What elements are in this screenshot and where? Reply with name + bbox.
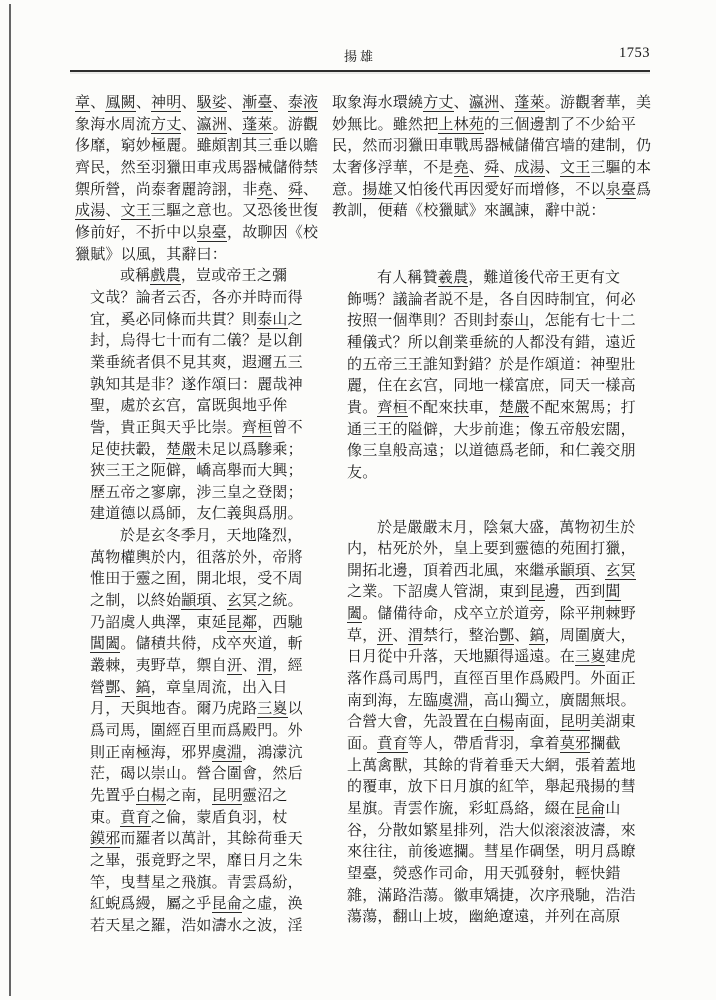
text-line: 的覆車，放下日月旗的紅竿，舉起飛揚的彗 bbox=[332, 777, 654, 799]
proper-name-mark: 昆侖 bbox=[212, 896, 242, 913]
text-line: 日月從中升落，天地顯得遥遠。在三嵏建虎 bbox=[332, 647, 654, 669]
scan-edge-artifact bbox=[9, 4, 11, 996]
text-line: 通三王的隘僻，大步前進；像五帝般宏闊， bbox=[332, 420, 654, 442]
proper-name-mark: 蓬萊 bbox=[514, 95, 544, 112]
text-line: 東。賁育之倫，蒙盾負羽，杖 bbox=[75, 808, 323, 830]
proper-name-mark: 楚嚴 bbox=[499, 400, 529, 417]
text-line: 之制，以終始顓頊、玄冥之統。 bbox=[75, 591, 323, 613]
proper-name-mark: 酆 bbox=[105, 680, 120, 697]
text-line: 營酆、鎬，章皇周流，出入日 bbox=[75, 678, 323, 700]
text-line: 谷，分散如繁星排列，浩大似滚滚波濤，來 bbox=[332, 821, 654, 843]
proper-name-mark: 泰液 bbox=[288, 95, 318, 112]
text-line: 蕩蕩，翻山上坡，幽絶遼遠，并列在高原 bbox=[332, 907, 654, 929]
text-line: 業垂統者俱不見其爽，遐邇五三 bbox=[75, 353, 323, 375]
text-line: 齊民，然至羽獵田車戎馬器械儲偫禁 bbox=[75, 158, 323, 180]
text-line: 草，汧、渭禁行，整治酆、鎬，周圍廣大， bbox=[332, 626, 654, 648]
text-line: 月，天與地杳。爾乃虎路三嵏以 bbox=[75, 699, 323, 721]
text-line: 足使扶轂，楚嚴未足以爲驂乘； bbox=[75, 440, 323, 462]
proper-name-mark: 泉臺 bbox=[197, 225, 227, 242]
proper-name-mark: 戲農 bbox=[150, 268, 180, 285]
proper-name-mark: 昆 bbox=[529, 584, 544, 601]
text-line: 獵賦》以風，其辭曰： bbox=[75, 245, 323, 267]
proper-name-mark: 方丈 bbox=[151, 117, 181, 134]
text-line: 望臺，熒惑作司命，用天弧發射，輕快錯 bbox=[332, 864, 654, 886]
text-line: 南到海，左臨虞淵，高山獨立，廣闊無垠。 bbox=[332, 691, 654, 713]
proper-name-mark: 泉臺 bbox=[606, 182, 636, 199]
proper-name-mark: 方丈 bbox=[423, 95, 453, 112]
text-line: 取象海水環繞方丈、瀛洲、蓬萊。游觀奢華，美 bbox=[332, 93, 654, 115]
text-line: 麗，住在玄宫，同地一樣富庶，同天一樣高 bbox=[332, 376, 654, 398]
text-line: 雜，滿路浩蕩。徽車矯捷，次序飛馳，浩浩 bbox=[332, 886, 654, 908]
text-line: 若天星之羅，浩如濤水之波，淫 bbox=[75, 916, 323, 938]
text-line: 閶闔。儲積共偫，戍卒夾道，斬 bbox=[75, 634, 323, 656]
right-text-column: 取象海水環繞方丈、瀛洲、蓬萊。游觀奢華，美妙無比。雖然把上林苑的三個邊割了不少給… bbox=[332, 93, 654, 929]
text-line: 於是嚴嚴末月，陰氣大盛，萬物初生於 bbox=[332, 518, 654, 540]
proper-name-mark: 上林苑 bbox=[438, 117, 484, 134]
proper-name-mark: 汧 bbox=[227, 658, 242, 675]
text-line: 狹三王之阨僻，嶠高舉而大興； bbox=[75, 461, 323, 483]
text-line: 建道德以爲師，友仁義與爲朋。 bbox=[75, 504, 323, 526]
text-line: 文哉？論者云否，各亦并時而得 bbox=[75, 288, 323, 310]
left-text-column: 章、鳳闕、神明、馺娑、漸臺、泰液象海水周流方丈、瀛洲、蓬萊。游觀侈靡，窮妙極麗。… bbox=[75, 93, 323, 938]
text-line: 有人稱贊羲農，難道後代帝王更有文 bbox=[332, 268, 654, 290]
text-line: 内，枯死於外，皇上要到靈德的苑囿打獵， bbox=[332, 539, 654, 561]
proper-name-mark: 鏌邪 bbox=[90, 831, 120, 848]
proper-name-mark: 顓頊 bbox=[181, 593, 211, 610]
proper-name-mark: 閶闔 bbox=[90, 636, 120, 653]
proper-name-mark: 成湯 bbox=[514, 160, 544, 177]
text-line: 合營大會，先設置在白楊南面，昆明美湖東 bbox=[332, 712, 654, 734]
proper-name-mark: 昆鄰 bbox=[227, 615, 257, 632]
text-line: 章、鳳闕、神明、馺娑、漸臺、泰液 bbox=[75, 93, 323, 115]
proper-name-mark: 鳳闕 bbox=[105, 95, 135, 112]
text-line: 教訓，便藉《校獵賦》來諷諫，辭中説： bbox=[332, 201, 654, 223]
proper-name-mark: 昆明 bbox=[560, 714, 590, 731]
proper-name-mark: 楚嚴 bbox=[166, 442, 196, 459]
proper-name-mark: 堯 bbox=[257, 182, 272, 199]
proper-name-mark: 瀛洲 bbox=[469, 95, 499, 112]
text-line: 先置乎白楊之南，昆明靈沼之 bbox=[75, 786, 323, 808]
text-line: 茫，碣以崇山。營合圍會，然后 bbox=[75, 764, 323, 786]
text-line: 孰知其是非？遂作頌曰：麗哉神 bbox=[75, 375, 323, 397]
text-line: 禦所營，尚泰奢麗誇詡，非堯、舜、 bbox=[75, 180, 323, 202]
proper-name-mark: 三嵏 bbox=[575, 649, 605, 666]
proper-name-mark: 渭 bbox=[257, 658, 272, 675]
proper-name-mark: 舜 bbox=[288, 182, 303, 199]
proper-name-mark: 白楊 bbox=[136, 788, 166, 805]
proper-name-mark: 昆侖 bbox=[575, 801, 605, 818]
text-line: 友。 bbox=[332, 463, 654, 485]
proper-name-mark: 文王 bbox=[560, 160, 590, 177]
proper-name-mark: 玄冥 bbox=[227, 593, 257, 610]
proper-name-mark: 顓頊 bbox=[560, 563, 590, 580]
proper-name-mark: 神明 bbox=[151, 95, 181, 112]
text-line: 開拓北邊，頂着西北風，來繼承顓頊、玄冥 bbox=[332, 561, 654, 583]
proper-name-mark: 羲農 bbox=[438, 270, 468, 287]
proper-name-mark: 闔 bbox=[347, 606, 362, 623]
proper-name-mark: 成湯 bbox=[75, 203, 105, 220]
header-rule bbox=[70, 70, 650, 72]
text-line: 象海水周流方丈、瀛洲、蓬萊。游觀 bbox=[75, 115, 323, 137]
proper-name-mark: 閶 bbox=[605, 584, 620, 601]
proper-name-mark: 莫邪 bbox=[560, 736, 590, 753]
text-line: 修前好，不折中以泉臺，故聊因《校 bbox=[75, 223, 323, 245]
text-line: 則正南極海，邪界虞淵，鴻濛沆 bbox=[75, 743, 323, 765]
text-line: 來往往，前後遮攔。彗星作碉堡，明月爲瞭 bbox=[332, 842, 654, 864]
text-line: 侈靡，窮妙極麗。雖頗割其三垂以贍 bbox=[75, 136, 323, 158]
text-line: 面。賁育等人，帶盾背羽，拿着莫邪攔截 bbox=[332, 734, 654, 756]
proper-name-mark: 舜 bbox=[484, 160, 499, 177]
proper-name-mark: 昆明 bbox=[212, 788, 242, 805]
text-line: 妙無比。雖然把上林苑的三個邊割了不少給平 bbox=[332, 115, 654, 137]
proper-name-mark: 瀛洲 bbox=[197, 117, 227, 134]
text-line: 按照一個準則？否則封泰山，怎能有七十二 bbox=[332, 311, 654, 333]
text-line: 之畢，張竟野之罘，靡日月之朱 bbox=[75, 851, 323, 873]
text-line: 飾嗎？議論者説不是，各自因時制宜，何必 bbox=[332, 290, 654, 312]
text-line: 宜，奚必同條而共貫？則泰山之 bbox=[75, 310, 323, 332]
text-line: 的五帝三王誰知對錯？於是作頌道：神聖壯 bbox=[332, 355, 654, 377]
proper-name-mark: 揚雄 bbox=[362, 182, 392, 199]
proper-name-mark: 白楊 bbox=[484, 714, 514, 731]
text-line: 竿，曳彗星之飛旗。青雲爲紛， bbox=[75, 873, 323, 895]
proper-name-mark: 賁育 bbox=[120, 810, 150, 827]
proper-name-mark: 虞淵 bbox=[212, 745, 242, 762]
text-line: 訾，貴正與天乎比崇。齊桓曾不 bbox=[75, 418, 323, 440]
text-line: 乃詔虞人典澤，東延昆鄰，西馳 bbox=[75, 613, 323, 635]
proper-name-mark: 泰山 bbox=[499, 313, 529, 330]
proper-name-mark: 齊桓 bbox=[242, 420, 272, 437]
text-line: 落作爲司馬門，直徑百里作爲殿門。外面正 bbox=[332, 669, 654, 691]
proper-name-mark: 文王 bbox=[121, 203, 151, 220]
text-line: 惟田于靈之囿，開北垠，受不周 bbox=[75, 569, 323, 591]
text-line: 貴。齊桓不配來扶車，楚嚴不配來駕馬；打 bbox=[332, 398, 654, 420]
proper-name-mark: 玄冥 bbox=[605, 563, 635, 580]
text-line: 之業。下詔虞人管湖，東到昆邊，西到閶 bbox=[332, 582, 654, 604]
proper-name-mark: 三嵏 bbox=[257, 701, 287, 718]
text-line: 於是玄冬季月，天地隆烈， bbox=[75, 526, 323, 548]
text-line: 意。揚雄又怕後代再因愛好而增修，不以泉臺爲 bbox=[332, 180, 654, 202]
proper-name-mark: 賁育 bbox=[377, 736, 407, 753]
proper-name-mark: 漸臺 bbox=[242, 95, 272, 112]
text-line: 闔。儲備待命，戍卒立於道旁，除平荆棘野 bbox=[332, 604, 654, 626]
proper-name-mark: 堯 bbox=[454, 160, 469, 177]
text-line: 萬物權輿於内，徂落於外，帝將 bbox=[75, 548, 323, 570]
text-line: 聖，處於玄宫，富既與地乎侔 bbox=[75, 396, 323, 418]
text-line: 叢棘，夷野草，禦自汧、渭，經 bbox=[75, 656, 323, 678]
text-line: 星旗。青雲作旒，彩虹爲絡，綴在昆侖山 bbox=[332, 799, 654, 821]
proper-name-mark: 泰山 bbox=[257, 312, 287, 329]
text-line: 種儀式？所以創業垂統的人都没有錯，遠近 bbox=[332, 333, 654, 355]
text-line: 爲司馬，圍經百里而爲殿門。外 bbox=[75, 721, 323, 743]
text-line: 歷五帝之寥廓，涉三皇之登閎； bbox=[75, 483, 323, 505]
proper-name-mark: 章 bbox=[75, 95, 90, 112]
proper-name-mark: 虞淵 bbox=[438, 693, 468, 710]
proper-name-mark: 齊桓 bbox=[377, 400, 407, 417]
text-line: 紅蜺爲縵，屬之乎昆侖之虛，涣 bbox=[75, 894, 323, 916]
proper-name-mark: 鎬 bbox=[529, 628, 544, 645]
proper-name-mark: 鎬 bbox=[136, 680, 151, 697]
text-line: 民，然而羽獵田車戰馬器械儲備宫墙的建制，仍 bbox=[332, 136, 654, 158]
text-line: 成湯、文王三驅之意也。又恐後世復 bbox=[75, 201, 323, 223]
text-line: 太奢侈浮華，不是堯、舜、成湯、文王三驅的本 bbox=[332, 158, 654, 180]
text-line: 封，烏得七十而有二儀？是以創 bbox=[75, 331, 323, 353]
text-line: 像三皇般高遠；以道德爲老師，和仁義交朋 bbox=[332, 441, 654, 463]
running-head-title: 揚雄 bbox=[70, 46, 650, 65]
running-head: 揚雄 1753 bbox=[70, 46, 650, 66]
text-line: 上萬禽獸，其餘的背着垂天大網，張着蓋地 bbox=[332, 756, 654, 778]
page-number: 1753 bbox=[619, 45, 650, 62]
proper-name-mark: 馺娑 bbox=[197, 95, 227, 112]
proper-name-mark: 酆 bbox=[499, 628, 514, 645]
text-line: 或稱戲農，豈或帝王之彌 bbox=[75, 266, 323, 288]
scanned-book-page: 揚雄 1753 章、鳳闕、神明、馺娑、漸臺、泰液象海水周流方丈、瀛洲、蓬萊。游觀… bbox=[0, 0, 716, 1000]
proper-name-mark: 汧 bbox=[377, 628, 392, 645]
proper-name-mark: 蓬萊 bbox=[242, 117, 272, 134]
proper-name-mark: 渭 bbox=[408, 628, 423, 645]
text-line: 鏌邪而羅者以萬計，其餘荷垂天 bbox=[75, 829, 323, 851]
